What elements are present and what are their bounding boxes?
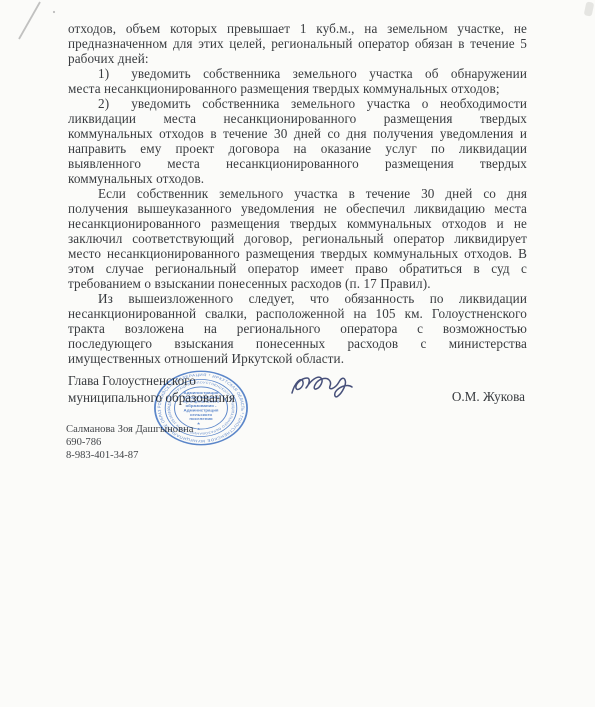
paragraph: Из вышеизложенного следует, что обязанно… (68, 291, 527, 366)
svg-text:*: * (197, 422, 200, 428)
text-line: предназначенном для этих целей, регионал… (68, 36, 527, 51)
paragraph: Если собственник земельного участка в те… (68, 186, 527, 291)
text-line: заключил соответствующий договор, регион… (68, 231, 527, 246)
text-line: Из вышеизложенного следует, что обязанно… (68, 291, 527, 306)
text-line: ликвидации места несанкционированного ра… (68, 111, 527, 126)
signatory-position-line1: Глава Голоустненского (68, 373, 235, 390)
text-line: несанкционированной свалки, расположенно… (68, 306, 527, 321)
text-line: требованием о взыскании понесенных расхо… (68, 276, 527, 291)
executor-contacts: Салманова Зоя Дашгыновна 690-786 8-983-4… (66, 423, 193, 462)
executor-phone-mobile: 8-983-401-34-87 (66, 449, 193, 462)
paragraph: отходов, объем которых превышает 1 куб.м… (68, 21, 527, 66)
text-line: рабочих дней: (68, 51, 527, 66)
text-line: коммунальных отходов. (68, 171, 527, 186)
scan-edge-smudge (584, 1, 595, 16)
text-line: отходов, объем которых превышает 1 куб.м… (68, 21, 527, 36)
signatory-position: Глава Голоустненского муниципального обр… (68, 373, 235, 406)
handwritten-signature (280, 365, 366, 407)
signatory-position-line2: муниципального образования (68, 390, 235, 407)
signature-block: Глава Голоустненского муниципального обр… (68, 373, 527, 419)
text-line: получения вышеуказанного уведомления не … (68, 201, 527, 216)
text-line: последующего взыскания понесенных расход… (68, 336, 527, 351)
executor-phone-short: 690-786 (66, 436, 193, 449)
text-line: места несанкционированного размещения тв… (68, 81, 527, 96)
scan-artifact-line (16, 1, 60, 41)
text-line: коммунальных отходов в течение 30 дней с… (68, 126, 527, 141)
text-line: 1)уведомить собственника земельного учас… (68, 66, 527, 81)
executor-name: Салманова Зоя Дашгыновна (66, 423, 193, 436)
signatory-name: О.М. Жукова (452, 389, 525, 406)
paragraph: 2)уведомить собственника земельного учас… (68, 96, 527, 186)
text-line: место несанкционированного размещения тв… (68, 246, 527, 261)
text-line: имущественных отношений Иркутской област… (68, 351, 527, 366)
text-line: тракта возложена на регионального операт… (68, 321, 527, 336)
svg-text:*: * (197, 428, 200, 434)
paragraph: 1)уведомить собственника земельного учас… (68, 66, 527, 96)
text-line: направить ему проект договора на оказани… (68, 141, 527, 156)
text-line: Если собственник земельного участка в те… (68, 186, 527, 201)
stamp-separator-marks: * * (197, 422, 200, 434)
text-line: этом случае региональный оператор имеет … (68, 261, 527, 276)
document-body: отходов, объем которых превышает 1 куб.м… (68, 21, 527, 366)
text-line: несанкционированного размещения твердых … (68, 216, 527, 231)
text-line: 2)уведомить собственника земельного учас… (68, 96, 527, 111)
text-line: выявленного места несанкционированного р… (68, 156, 527, 171)
